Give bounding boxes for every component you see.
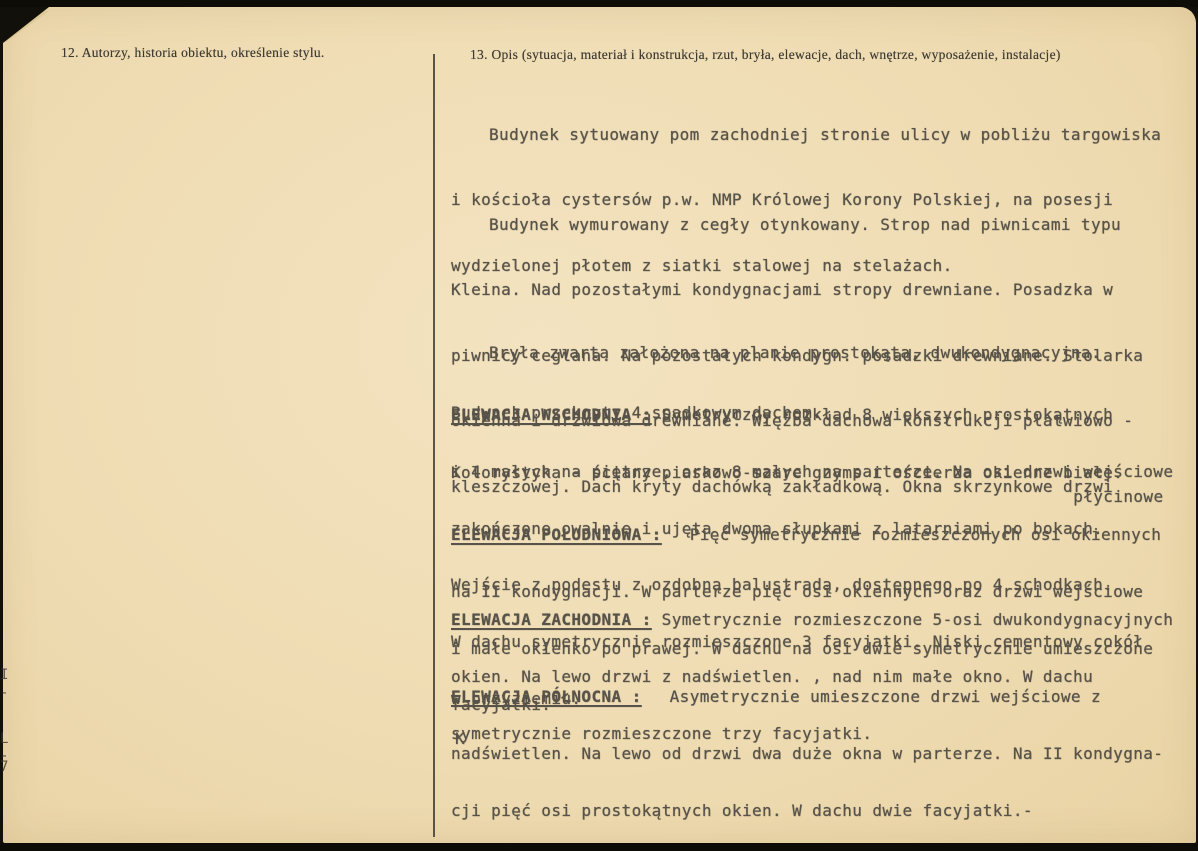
stray-typed-mark: K — [455, 729, 465, 748]
text-line: cji pięć osi prostokątnych okien. W dach… — [451, 802, 1163, 821]
text-line: i 4 małych na piętrze, oraz 8 małych na … — [451, 463, 1173, 482]
text-line: Kleina. Nad pozostałymi kondygnacjami st… — [451, 276, 1163, 303]
column-divider-rule — [433, 54, 435, 837]
elevation-south-heading: ELEWACJA POŁUDNIOWA : — [451, 525, 662, 544]
elevation-heading-line: ELEWACJA POŁUDNIOWA :Pięć symetrycznie r… — [451, 526, 1161, 545]
edge-glyph-fragment: 7 — [0, 759, 8, 775]
text-line: Bryła zwarta założona na planie prostoką… — [451, 342, 1123, 364]
scan-corner-shadow — [3, 7, 49, 43]
elevation-north-heading: ELEWACJA PÓŁNOCNA : — [451, 687, 642, 706]
text-line: nadświetlen. Na lewo od drzwi dwa duże o… — [451, 745, 1163, 764]
elevation-west-heading: ELEWACJA ZACHODNIA : — [451, 610, 652, 629]
scanned-document-page: { "colors": { "paper": "#efdcb3", "typew… — [0, 0, 1198, 851]
text-segment: Asymetrycznie umieszczone drzwi wejściow… — [670, 687, 1101, 706]
scan-border-bottom — [0, 843, 1198, 851]
text-segment: Symetrycznie rozmieszczone 5-osi dwukond… — [662, 610, 1174, 629]
record-card: 12. Autorzy, historia obiektu, określeni… — [3, 7, 1196, 843]
elevation-heading-line: ELEWACJA WSCHODNIA :Symetryczny rozkład … — [451, 406, 1173, 425]
section-12-label: 12. Autorzy, historia obiektu, określeni… — [61, 45, 325, 61]
elevation-heading-line: ELEWACJA PÓŁNOCNA :Asymetrycznie umieszc… — [451, 688, 1163, 707]
elevation-east-heading: ELEWACJA WSCHODNIA : — [451, 405, 652, 424]
text-segment: Symetryczny rozkład 8 większych prostoką… — [662, 405, 1113, 424]
scan-border-top — [0, 0, 1198, 7]
text-segment: Pięć symetrycznie rozmieszczonych osi ok… — [690, 525, 1162, 544]
elevation-heading-line: ELEWACJA ZACHODNIA :Symetrycznie rozmies… — [451, 611, 1173, 630]
edge-glyph-fragment: L — [0, 731, 8, 747]
text-line: Budynek wymurowany z cegły otynkowany. S… — [451, 211, 1163, 238]
text-line: Budynek sytuowany pom zachodniej stronie… — [451, 121, 1161, 148]
section-13-label: 13. Opis (sytuacja, materiał i konstrukc… — [470, 47, 1061, 63]
edge-glyph-fragment: I — [0, 667, 8, 683]
edge-glyph-fragment: - — [0, 685, 8, 701]
elevation-north-block: ELEWACJA PÓŁNOCNA :Asymetrycznie umieszc… — [451, 650, 1163, 851]
